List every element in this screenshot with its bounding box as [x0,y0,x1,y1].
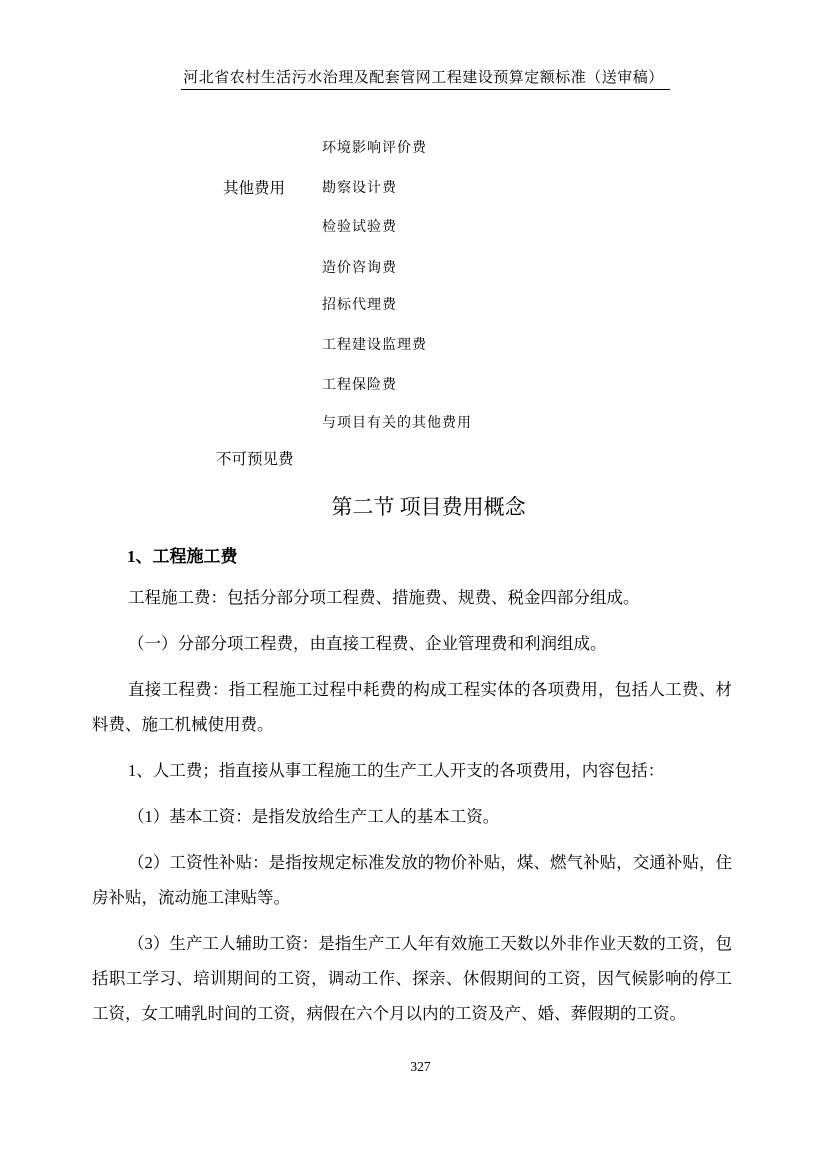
fee-item: 工程建设监理费 [322,337,427,354]
section-heading-text: 第二节 项目费用概念 [331,495,525,519]
page-footer: 327 [0,1058,823,1076]
fee-group-label: 其他费用 [223,180,285,198]
fee-item: 与项目有关的其他费用 [322,415,472,432]
fee-item: 造价咨询费 [322,260,397,277]
section-heading: 第二节 项目费用概念 [0,494,823,520]
fee-item: 检验试验费 [322,219,397,236]
fee-item: 招标代理费 [322,297,397,314]
paragraph: 直接工程费：指工程施工过程中耗费的构成工程实体的各项费用，包括人工费、材料费、施… [92,672,732,742]
fee-sibling-label: 不可预见费 [216,451,294,469]
page-header: 河北省农村生活污水治理及配套管网工程建设预算定额标准（送审稿） [0,68,823,90]
paragraph: 工程施工费：包括分部分项工程费、措施费、规费、税金四部分组成。 [92,580,732,615]
paragraph: 1、人工费；指直接从事工程施工的生产工人开支的各项费用，内容包括： [92,753,732,788]
fee-item: 工程保险费 [322,377,397,394]
subsection-heading: 1、工程施工费 [127,546,238,567]
paragraph: （1）基本工资：是指发放给生产工人的基本工资。 [92,799,732,834]
fee-item: 环境影响评价费 [322,140,427,157]
paragraph: （一）分部分项工程费，由直接工程费、企业管理费和利润组成。 [92,626,732,661]
paragraph: （3）生产工人辅助工资：是指生产工人年有效施工天数以外非作业天数的工资，包括职工… [92,926,732,1031]
document-page: 河北省农村生活污水治理及配套管网工程建设预算定额标准（送审稿） 其他费用 环境影… [0,0,823,1165]
fee-item: 勘察设计费 [322,180,397,197]
paragraph: （2）工资性补贴：是指按规定标准发放的物价补贴，煤、燃气补贴，交通补贴，住房补贴… [92,845,732,915]
body-text: 工程施工费：包括分部分项工程费、措施费、规费、税金四部分组成。 （一）分部分项工… [92,580,732,1042]
header-title: 河北省农村生活污水治理及配套管网工程建设预算定额标准（送审稿） [181,68,670,90]
page-number: 327 [410,1059,430,1074]
